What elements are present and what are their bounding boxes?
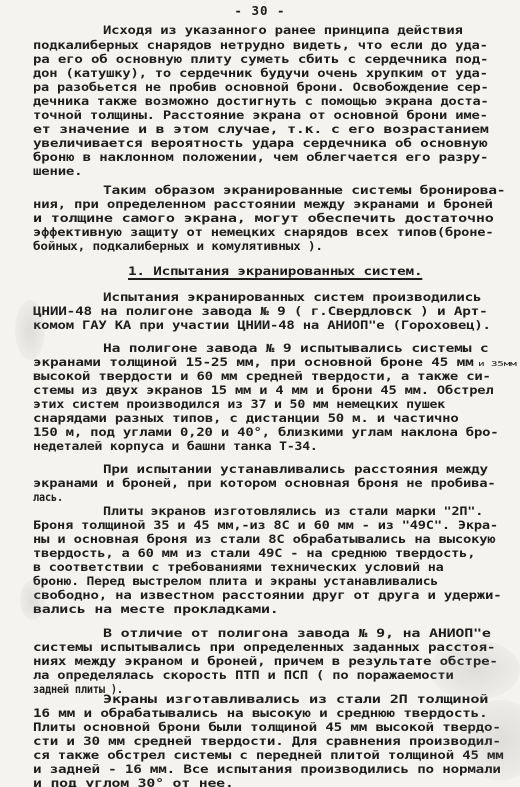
paper-smudge bbox=[430, 640, 520, 700]
paragraph-line: дон (катушку), то сердечник будучи очень… bbox=[33, 67, 488, 80]
paragraph-line: броню в наклонном положении, чем облегча… bbox=[33, 151, 488, 164]
paper-smudge bbox=[15, 300, 45, 360]
paragraph-line: ниях между экраном и броней, причем в ре… bbox=[33, 655, 498, 668]
paragraph-line: комом ГАУ КА при участии ЦНИИ-48 на АНИО… bbox=[33, 319, 491, 332]
paragraph-line: На полигоне завода № 9 испытывались сист… bbox=[103, 342, 488, 355]
paragraph-line: 150 м, под углами 0,20 и 40°, близкими у… bbox=[33, 426, 498, 439]
paragraph-line: подкалиберных снарядов нетрудно видеть, … bbox=[33, 39, 488, 52]
section-heading: 1. Испытания экранированных систем. bbox=[128, 265, 422, 278]
paragraph-line: ся также обстрел системы с передней плит… bbox=[33, 749, 503, 762]
paper-smudge bbox=[20, 580, 45, 620]
paragraph-line: сти и 30 мм средней твердости. Для сравн… bbox=[33, 735, 501, 748]
paragraph-line: 16 мм и обрабатывались на высокую и сред… bbox=[33, 707, 488, 720]
paragraph-line: твердость, а 60 мм из стали 49С - на сре… bbox=[33, 547, 475, 560]
paragraph-line: точной толщины. Расстояние экрана от осн… bbox=[33, 109, 488, 122]
paragraph-line: высокой твердости и 60 мм средней твердо… bbox=[33, 370, 491, 383]
paragraph-line: системы испытывались при определенных за… bbox=[33, 641, 495, 654]
page-number: - 30 - bbox=[0, 3, 520, 18]
paragraph-line: ла определялась скорость ПТП и ПСП ( по … bbox=[33, 669, 454, 682]
paragraph-line: Испытания экранированных систем производ… bbox=[103, 291, 481, 304]
paragraph-line: в соответствии с требованиями технически… bbox=[33, 561, 444, 574]
paragraph-line: снарядами разных типов, с дистанции 50 м… bbox=[33, 412, 459, 425]
paragraph-line: ет значение и в этом случае, т.к. с его … bbox=[33, 123, 489, 136]
paragraph-line: В отличие от полигона завода № 9, на АНИ… bbox=[103, 627, 491, 640]
paragraph-line: Броня толщиной 35 и 45 мм,-из 8С и 60 мм… bbox=[33, 519, 498, 532]
paragraph-line: эффективную защиту от немецких снарядов … bbox=[33, 226, 493, 239]
paragraph-line: Плиты экранов изготовлялись из стали мар… bbox=[103, 505, 483, 518]
paragraph-line: лась. bbox=[33, 491, 63, 504]
paragraph-line: Экраны изготавливались из стали 2П толщи… bbox=[103, 693, 488, 706]
paragraph-line: экранами толщиной 15-25 мм, при основной… bbox=[33, 356, 474, 369]
paragraph-line: бойных, подкалиберных и комулятивных ). bbox=[33, 240, 323, 253]
handwritten-note: и 35мм bbox=[478, 358, 517, 371]
paragraph-line: и толщине самого экрана, могут обеспечит… bbox=[33, 212, 494, 225]
paragraph-line: увеличивается вероятность удара сердечни… bbox=[33, 137, 488, 150]
paragraph-line: дечника также возможно достигнуть с помо… bbox=[33, 95, 488, 108]
paragraph-line: ра его об основную плиту суметь сбить с … bbox=[33, 53, 488, 66]
paragraph-line: стемы из двух экранов 15 мм и 4 мм и бро… bbox=[33, 384, 493, 397]
paragraph-line: Таким образом экранированные системы бро… bbox=[103, 184, 505, 197]
paragraph-line: При испытании устанавливались расстояния… bbox=[103, 463, 488, 476]
paragraph-line: этих систем производился из 37 и 50 мм н… bbox=[33, 398, 445, 411]
paragraph-line: экранами и броней, при котором основная … bbox=[33, 477, 495, 490]
paragraph-line: ны и основная броня из стали 8С обрабаты… bbox=[33, 533, 495, 546]
paragraph-line: и под углом 30° от нее. bbox=[33, 777, 234, 787]
paragraph-line: ния, при определенном расстоянии между э… bbox=[33, 198, 493, 211]
paragraph-line: шение. bbox=[33, 165, 82, 178]
paragraph-line: и задней - 16 мм. Все испытания производ… bbox=[33, 763, 501, 776]
paragraph-line: свободно, на известном расстоянии друг о… bbox=[33, 589, 501, 602]
paragraph-line: недеталей корпуса и башни танка Т-34. bbox=[33, 440, 318, 453]
paragraph-line: Плиты основной брони были толщиной 45 мм… bbox=[33, 721, 501, 734]
paragraph-line: ра разобьется не пробив основной брони. … bbox=[33, 81, 488, 94]
paragraph-line: вались на месте прокладками. bbox=[33, 603, 279, 616]
paragraph-line: Исходя из указанного ранее принципа дейс… bbox=[103, 24, 463, 37]
paragraph-line: броню. Перед выстрелом плита и экраны ус… bbox=[33, 575, 438, 588]
paragraph-line: ЦНИИ-48 на полигоне завода № 9 ( г.Сверд… bbox=[33, 305, 488, 318]
document-page: - 30 - Исходя из указанного ранее принци… bbox=[0, 0, 520, 787]
